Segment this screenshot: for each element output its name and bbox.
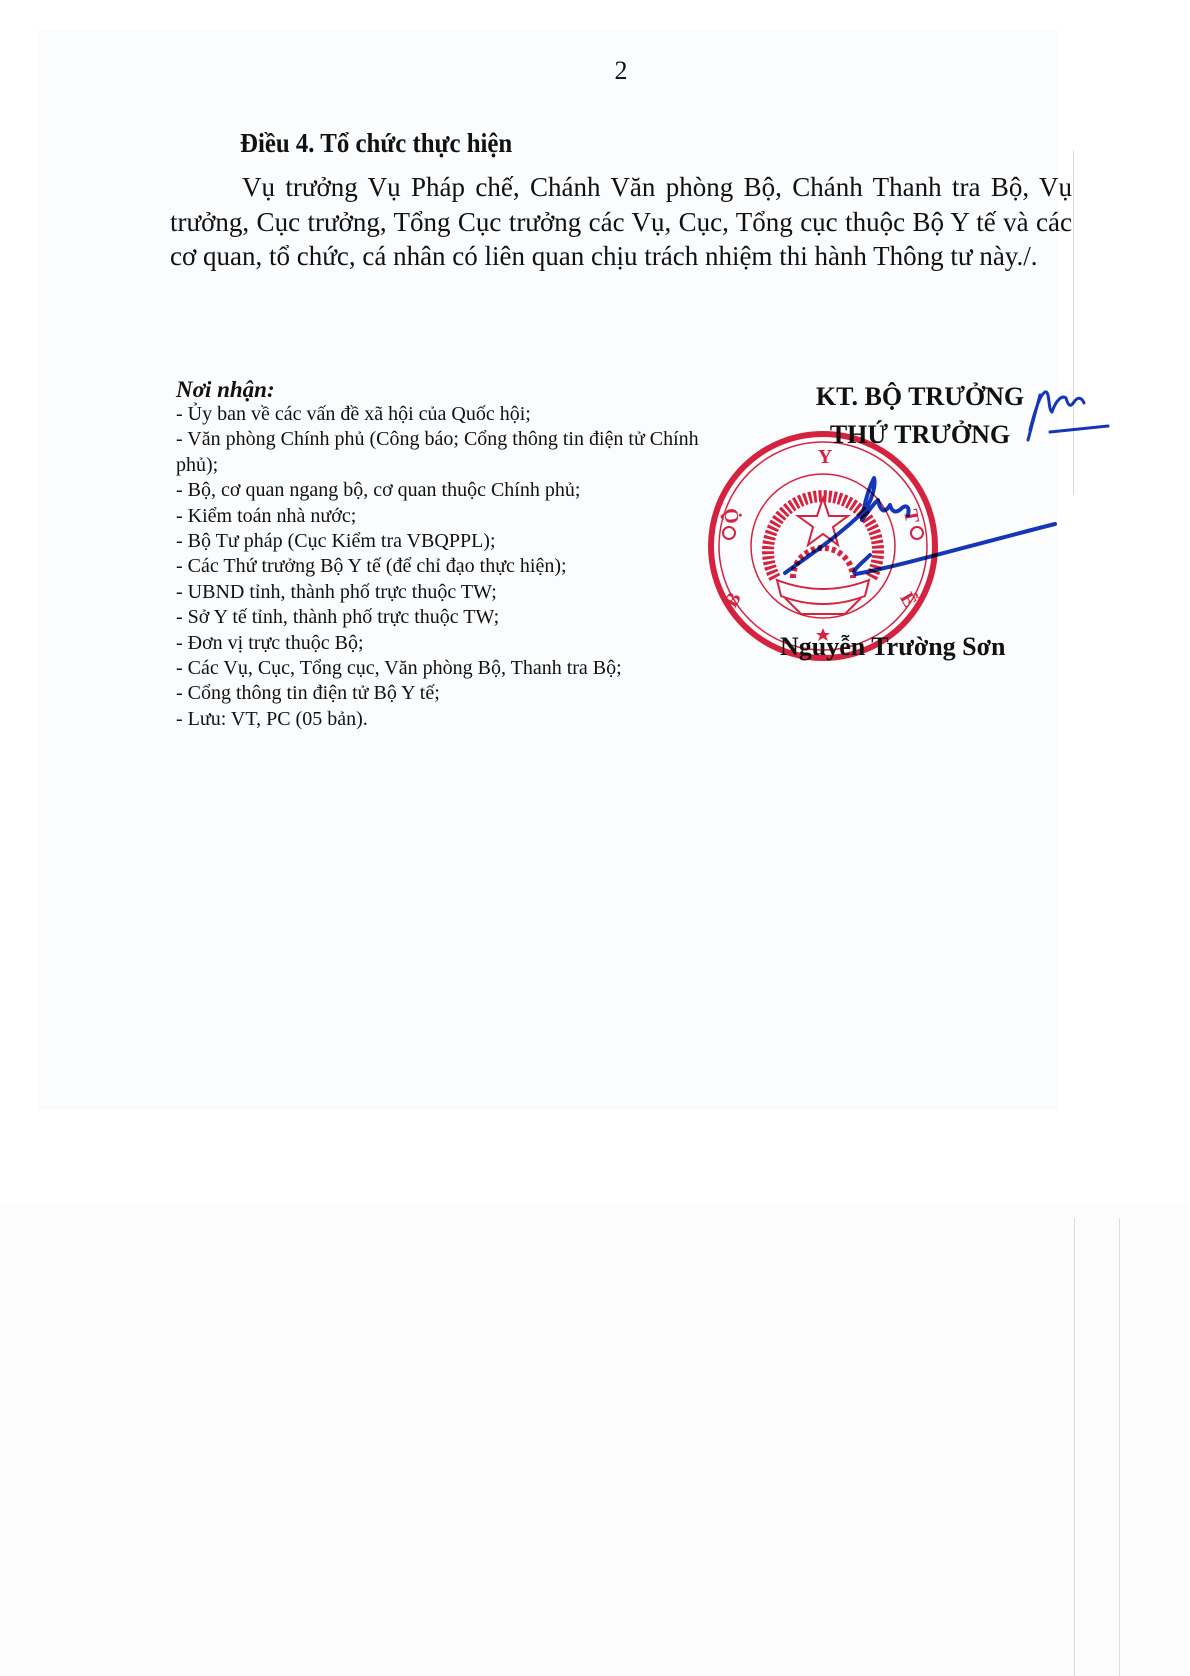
signer-name: Nguyễn Trường Sơn (780, 632, 1006, 662)
recipient-item: - Bộ, cơ quan ngang bộ, cơ quan thuộc Ch… (176, 478, 736, 503)
recipient-item: - Bộ Tư pháp (Cục Kiểm tra VBQPPL); (176, 529, 736, 554)
recipient-item: - Ủy ban về các vấn đề xã hội của Quốc h… (176, 402, 736, 427)
recipients-list: - Ủy ban về các vấn đề xã hội của Quốc h… (176, 402, 736, 732)
recipient-item: - Cổng thông tin điện tử Bộ Y tế; (176, 681, 736, 706)
article-heading: Điều 4. Tổ chức thực hiện (240, 128, 512, 159)
scan-artifact-line (1074, 1218, 1075, 1676)
svg-text:Y: Y (818, 446, 833, 468)
official-seal-icon: B Ộ Y T Ế (705, 428, 941, 664)
scan-artifact-line (1073, 150, 1074, 495)
page-number: 2 (0, 56, 1190, 86)
article-body: Vụ trưởng Vụ Pháp chế, Chánh Văn phòng B… (170, 170, 1072, 274)
svg-text:Ộ: Ộ (719, 507, 743, 525)
recipients-title: Nơi nhận: (176, 378, 736, 402)
recipient-item: - Đơn vị trực thuộc Bộ; (176, 631, 736, 656)
recipient-item: - Kiểm toán nhà nước; (176, 504, 736, 529)
recipient-item: - Các Vụ, Cục, Tổng cục, Văn phòng Bộ, T… (176, 656, 736, 681)
scan-background-lower (0, 1205, 1190, 1676)
recipient-item: - Lưu: VT, PC (05 bản). (176, 707, 736, 732)
recipient-item: - Sở Y tế tỉnh, thành phố trực thuộc TW; (176, 605, 736, 630)
recipient-item: - UBND tỉnh, thành phố trực thuộc TW; (176, 580, 736, 605)
recipient-item: - Văn phòng Chính phủ (Công báo; Cổng th… (176, 427, 736, 478)
recipients-block: Nơi nhận: - Ủy ban về các vấn đề xã hội … (176, 378, 736, 732)
svg-text:B: B (720, 589, 746, 612)
scan-artifact-line (1119, 1218, 1120, 1676)
signer-title-line1: KT. BỘ TRƯỞNG (770, 378, 1070, 416)
svg-text:T: T (899, 508, 923, 526)
recipient-item: - Các Thứ trưởng Bộ Y tế (để chỉ đạo thự… (176, 554, 736, 579)
